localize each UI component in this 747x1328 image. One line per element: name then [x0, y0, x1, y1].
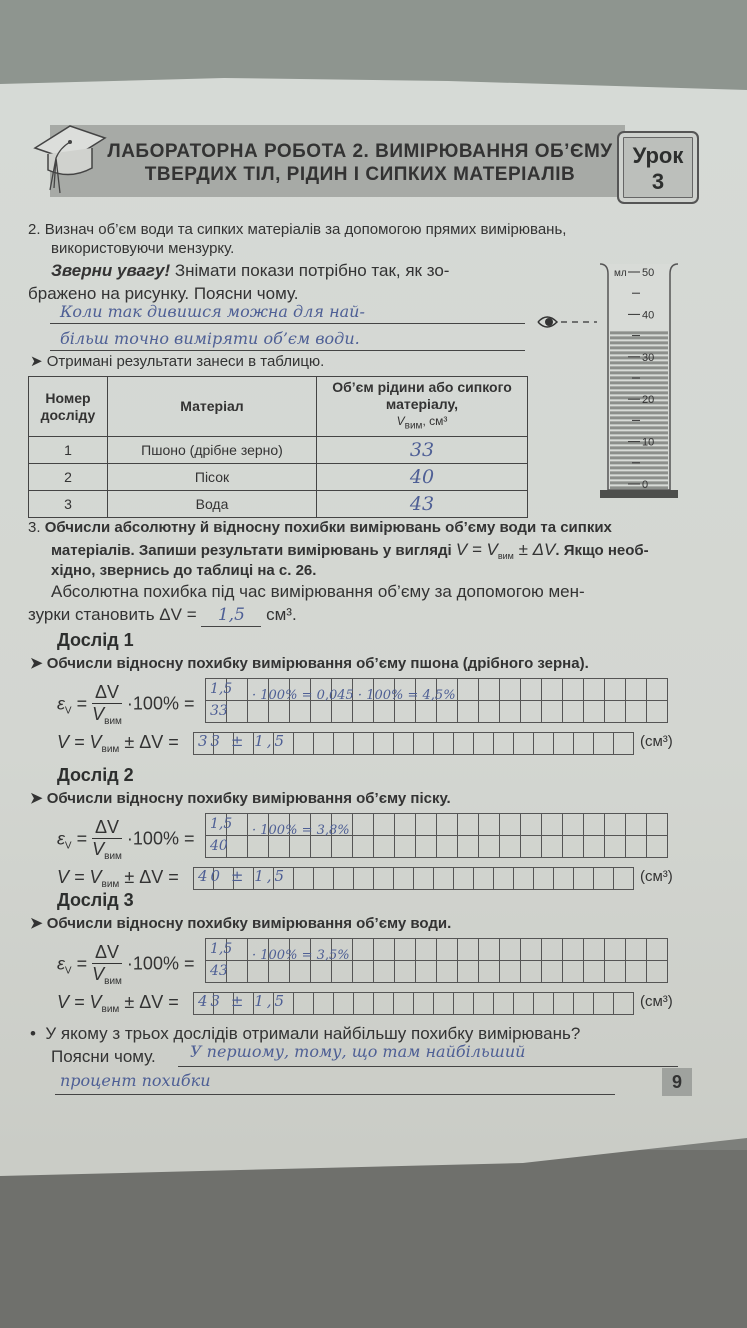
grid-cell	[574, 868, 594, 890]
grid-cell	[269, 961, 290, 983]
task-2-text: 2. Визнач об’єм води та сипких матеріалі…	[28, 220, 708, 240]
handwritten-numerator: 1,5	[210, 678, 232, 700]
epsilon-symbol: ε	[57, 828, 65, 848]
grid-cell	[458, 814, 479, 836]
abs-error-line-2: зурки становить ΔV = 1,5 см³.	[28, 604, 297, 627]
lesson-badge: Урок 3	[617, 131, 699, 204]
grid-cell	[563, 836, 584, 858]
cell-volume[interactable]: 33	[317, 437, 528, 464]
grid-cell	[374, 733, 394, 755]
grid-cell	[458, 939, 479, 961]
grid-cell	[311, 701, 332, 723]
grid-cell	[647, 701, 668, 723]
final-question-explain: Поясни чому.	[51, 1046, 156, 1068]
experiment-title: Дослід 2	[57, 765, 134, 786]
attention-note: Зверни увагу! Знімати покази потрібно та…	[51, 260, 551, 282]
grid-cell	[605, 814, 626, 836]
task-3-text-1: Обчисли абсолютну й відносну похибки вим…	[45, 519, 612, 536]
result-formula: V = Vвим ± ΔV =	[57, 992, 179, 1015]
grid-cell	[353, 939, 374, 961]
grid-cell	[354, 868, 374, 890]
grid-cell	[534, 993, 554, 1015]
equals: =	[72, 953, 93, 973]
handwritten-fraction[interactable]: 1,5 43	[210, 938, 232, 982]
lesson-label: Урок	[619, 143, 697, 169]
grid-cell	[554, 868, 574, 890]
experiment-title: Дослід 1	[57, 630, 134, 651]
grid-cell	[454, 993, 474, 1015]
experiment-instruction-text: Обчисли відносну похибку вимірювання об’…	[47, 790, 451, 807]
table-instruction: ➤ Отримані результати занеси в таблицю.	[30, 352, 324, 372]
grid-cell	[500, 701, 521, 723]
fraction: ΔVVвим	[92, 682, 122, 727]
grid-cell	[414, 733, 434, 755]
grid-cell	[437, 939, 458, 961]
grid-cell	[542, 701, 563, 723]
epsilon-sub: V	[65, 965, 72, 976]
header-volume-sub: вим	[405, 420, 423, 431]
grid-cell	[474, 868, 494, 890]
v-lhs: V = V	[57, 732, 102, 752]
task-number: 2.	[28, 221, 41, 238]
grid-cell	[290, 961, 311, 983]
relative-error-formula: εV = ΔVVвим ·100% =	[57, 942, 194, 987]
svg-text:0: 0	[642, 479, 648, 491]
grid-cell	[647, 939, 668, 961]
grid-cell	[514, 868, 534, 890]
pm-delta-v: ± ΔV =	[119, 992, 178, 1012]
grid-cell	[353, 814, 374, 836]
grid-cell	[414, 868, 434, 890]
eye-icon	[535, 310, 600, 335]
fraction-denominator: V	[92, 964, 104, 984]
v-lhs: V = V	[57, 867, 102, 887]
grid-cell	[294, 733, 314, 755]
grid-cell	[434, 993, 454, 1015]
grid-cell	[434, 733, 454, 755]
fraction-denominator: V	[92, 839, 104, 859]
epsilon-sub: V	[65, 705, 72, 716]
grid-cell	[332, 836, 353, 858]
header-volume: Об’єм рідини або сипкого матеріалу, Vвим…	[317, 377, 528, 437]
grid-cell	[290, 701, 311, 723]
task-3-text-2b: . Якщо необ-	[555, 542, 648, 559]
grid-cell	[294, 868, 314, 890]
grid-cell	[416, 814, 437, 836]
grid-cell	[494, 868, 514, 890]
grid-cell	[605, 679, 626, 701]
arrow-bullet-icon: ➤	[30, 915, 47, 932]
grid-cell	[395, 939, 416, 961]
grid-cell	[521, 701, 542, 723]
handwritten-numerator: 1,5	[210, 938, 232, 960]
grid-cell	[584, 701, 605, 723]
pm-delta-v: ± ΔV =	[119, 867, 178, 887]
grid-cell	[584, 939, 605, 961]
lab-work-title: ЛАБОРАТОРНА РОБОТА 2. ВИМІРЮВАННЯ ОБ’ЄМУ…	[100, 140, 620, 186]
times-100: ·100% =	[127, 693, 195, 713]
attention-label: Зверни увагу!	[51, 261, 170, 280]
grid-cell	[290, 836, 311, 858]
grid-cell	[647, 679, 668, 701]
grid-cell	[542, 679, 563, 701]
grid-cell	[554, 733, 574, 755]
final-question-text: У якому з трьох дослідів отримали найбіл…	[45, 1024, 580, 1043]
grid-cell	[294, 993, 314, 1015]
grid-cell	[437, 814, 458, 836]
grid-cell	[334, 868, 354, 890]
epsilon-symbol: ε	[57, 953, 65, 973]
fraction: ΔVVвим	[92, 942, 122, 987]
grid-cell	[374, 939, 395, 961]
grid-cell	[437, 836, 458, 858]
task-3-text-2a: матеріалів. Запиши результати вимірювань…	[51, 542, 456, 559]
final-handwritten-answer-2[interactable]: процент похибки	[60, 1071, 211, 1090]
grid-cell	[314, 733, 334, 755]
grid-cell	[500, 814, 521, 836]
svg-text:20: 20	[642, 394, 654, 406]
grid-cell	[311, 836, 332, 858]
grid-cell	[479, 814, 500, 836]
fraction-denominator-sub: вим	[104, 976, 122, 987]
abs-error-value[interactable]: 1,5	[201, 604, 261, 627]
v-sub: вим	[102, 744, 120, 755]
grid-cell	[416, 961, 437, 983]
formula-sub: вим	[498, 551, 514, 561]
header-material: Матеріал	[108, 377, 317, 437]
grid-cell	[626, 961, 647, 983]
grid-cell	[542, 939, 563, 961]
grid-cell	[500, 836, 521, 858]
handwritten-answer-1[interactable]: Коли так дивишся можна для най-	[60, 302, 365, 321]
handwritten-denominator: 43	[210, 960, 232, 982]
grid-cell	[521, 836, 542, 858]
equals: =	[72, 693, 93, 713]
grid-cell	[534, 868, 554, 890]
experiment-instruction-text: Обчисли відносну похибку вимірювання об’…	[47, 655, 589, 672]
abs-error-label: зурки становить ΔV =	[28, 605, 201, 624]
v-sub: вим	[102, 879, 120, 890]
grid-cell	[394, 733, 414, 755]
grid-cell	[514, 993, 534, 1015]
grid-cell	[353, 961, 374, 983]
grid-cell	[584, 814, 605, 836]
results-table: Номер досліду Матеріал Об’єм рідини або …	[28, 376, 528, 518]
grid-cell	[454, 868, 474, 890]
handwritten-denominator: 40	[210, 835, 232, 857]
grid-cell	[479, 961, 500, 983]
grid-cell	[521, 679, 542, 701]
grid-cell	[311, 961, 332, 983]
unit-label: (см³)	[640, 867, 673, 887]
handwritten-answer-2[interactable]: більш точно виміряти об’єм води.	[60, 329, 360, 348]
cell-material: Пшоно (дрібне зерно)	[108, 437, 317, 464]
epsilon-symbol: ε	[57, 693, 65, 713]
table-row: 2 Пісок 40	[29, 464, 528, 491]
experiment-instruction: ➤ Обчисли відносну похибку вимірювання о…	[30, 789, 451, 809]
grid-cell	[314, 993, 334, 1015]
arrow-bullet-icon: ➤	[30, 353, 47, 370]
grid-cell	[574, 993, 594, 1015]
graduation-cap-icon	[30, 118, 110, 208]
result-formula: V = Vвим ± ΔV =	[57, 867, 179, 890]
grid-cell	[374, 701, 395, 723]
times-100: ·100% =	[127, 828, 195, 848]
grid-cell	[374, 868, 394, 890]
table-row: 1 Пшоно (дрібне зерно) 33	[29, 437, 528, 464]
grid-cell	[647, 814, 668, 836]
bullet-icon: •	[30, 1024, 36, 1043]
arrow-bullet-icon: ➤	[30, 790, 47, 807]
experiment-instruction-text: Обчисли відносну похибку вимірювання об’…	[47, 915, 452, 932]
fraction-denominator-sub: вим	[104, 716, 122, 727]
cell-material: Пісок	[108, 464, 317, 491]
grid-cell	[584, 679, 605, 701]
grid-cell	[248, 836, 269, 858]
fraction-denominator: V	[92, 704, 104, 724]
grid-cell	[374, 836, 395, 858]
cell-volume[interactable]: 40	[317, 464, 528, 491]
task-3-line-3: хідно, звернись до таблиці на с. 26.	[51, 561, 316, 581]
relative-error-formula: εV = ΔVVвим ·100% =	[57, 817, 194, 862]
grid-cell	[395, 701, 416, 723]
svg-text:40: 40	[642, 309, 654, 321]
handwritten-fraction[interactable]: 1,5 40	[210, 813, 232, 857]
fraction: ΔVVвим	[92, 817, 122, 862]
handwritten-calculation[interactable]: · 100% = 0,045 · 100% = 4,5%	[252, 688, 456, 703]
grid-cell	[248, 701, 269, 723]
graduated-cylinder: 50403020100мл	[594, 252, 684, 512]
v-sub: вим	[102, 1004, 120, 1015]
grid-cell	[647, 961, 668, 983]
grid-cell	[353, 701, 374, 723]
experiment-title: Дослід 3	[57, 890, 134, 911]
abs-error-unit: см³.	[261, 605, 296, 624]
grid-cell	[594, 868, 614, 890]
grid-cell	[542, 814, 563, 836]
grid-cell	[437, 701, 458, 723]
grid-cell	[354, 733, 374, 755]
task-number: 3.	[28, 519, 41, 536]
grid-cell	[626, 939, 647, 961]
background-fabric-bottom	[0, 1150, 747, 1328]
handwritten-result[interactable]: 40 ± 1,5	[198, 867, 287, 885]
experiment-instruction: ➤ Обчисли відносну похибку вимірювання о…	[30, 654, 589, 674]
grid-cell	[458, 961, 479, 983]
grid-cell	[563, 961, 584, 983]
header-volume-text: Об’єм рідини або сипкого матеріалу,	[321, 379, 523, 413]
grid-cell	[534, 733, 554, 755]
relative-error-formula: εV = ΔVVвим ·100% =	[57, 682, 194, 727]
times-100: ·100% =	[127, 953, 195, 973]
grid-cell	[626, 814, 647, 836]
grid-cell	[479, 836, 500, 858]
grid-cell	[394, 993, 414, 1015]
pm-delta-v: ± ΔV =	[119, 732, 178, 752]
task-2-line-1: Визнач об’єм води та сипких матеріалів з…	[45, 221, 567, 238]
final-answer-underline-1	[178, 1066, 678, 1067]
handwritten-calculation[interactable]: · 100% = 3,8%	[252, 823, 350, 838]
grid-cell	[542, 961, 563, 983]
grid-cell	[594, 993, 614, 1015]
grid-cell	[563, 701, 584, 723]
v-lhs: V = V	[57, 992, 102, 1012]
grid-cell	[554, 993, 574, 1015]
grid-cell	[434, 868, 454, 890]
grid-cell	[458, 701, 479, 723]
grid-cell	[626, 836, 647, 858]
grid-cell	[269, 701, 290, 723]
svg-text:30: 30	[642, 352, 654, 364]
cell-number: 1	[29, 437, 108, 464]
result-formula: V = Vвим ± ΔV =	[57, 732, 179, 755]
grid-cell	[521, 961, 542, 983]
grid-cell	[614, 993, 634, 1015]
equals: =	[72, 828, 93, 848]
grid-cell	[605, 939, 626, 961]
grid-cell	[605, 961, 626, 983]
grid-cell	[474, 993, 494, 1015]
grid-cell	[269, 836, 290, 858]
grid-cell	[500, 679, 521, 701]
grid-cell	[334, 993, 354, 1015]
title-line-2: ТВЕРДИХ ТІЛ, РІДИН І СИПКИХ МАТЕРІАЛІВ	[100, 163, 620, 186]
grid-cell	[500, 961, 521, 983]
grid-cell	[574, 733, 594, 755]
grid-cell	[626, 679, 647, 701]
title-line-1: ЛАБОРАТОРНА РОБОТА 2. ВИМІРЮВАННЯ ОБ’ЄМУ	[100, 140, 620, 163]
grid-cell	[521, 939, 542, 961]
header-volume-unit: , см³	[422, 414, 447, 428]
grid-cell	[494, 993, 514, 1015]
final-handwritten-answer-1[interactable]: У першому, тому, що там найбільший	[190, 1042, 525, 1061]
grid-cell	[374, 993, 394, 1015]
grid-cell	[479, 679, 500, 701]
grid-cell	[563, 814, 584, 836]
table-row: 3 Вода 43	[29, 491, 528, 518]
lesson-number: 3	[619, 169, 697, 195]
grid-cell	[416, 701, 437, 723]
header-volume-symbol: V	[397, 414, 405, 428]
cell-material: Вода	[108, 491, 317, 518]
svg-text:мл: мл	[614, 268, 627, 279]
handwritten-calculation[interactable]: · 100% = 3,5%	[252, 948, 350, 963]
formula-v: V = V	[456, 540, 498, 559]
grid-cell	[437, 961, 458, 983]
grid-cell	[416, 939, 437, 961]
grid-cell	[458, 836, 479, 858]
table-instruction-text: Отримані результати занеси в таблицю.	[47, 353, 325, 370]
grid-cell	[605, 701, 626, 723]
answer-underline-2	[50, 350, 525, 351]
grid-cell	[563, 679, 584, 701]
grid-cell	[584, 836, 605, 858]
fraction-numerator: ΔV	[92, 942, 122, 964]
grid-cell	[594, 733, 614, 755]
grid-cell	[416, 836, 437, 858]
cell-number: 2	[29, 464, 108, 491]
cell-volume[interactable]: 43	[317, 491, 528, 518]
epsilon-sub: V	[65, 840, 72, 851]
page-number: 9	[662, 1068, 692, 1096]
grid-cell	[458, 679, 479, 701]
grid-cell	[614, 868, 634, 890]
grid-cell	[394, 868, 414, 890]
grid-cell	[353, 836, 374, 858]
grid-cell	[314, 868, 334, 890]
grid-cell	[605, 836, 626, 858]
handwritten-fraction[interactable]: 1,5 33	[210, 678, 232, 722]
grid-cell	[479, 701, 500, 723]
grid-cell	[395, 814, 416, 836]
abs-error-line-1: Абсолютна похибка під час вимірювання об…	[51, 581, 585, 603]
fraction-numerator: ΔV	[92, 817, 122, 839]
grid-cell	[542, 836, 563, 858]
grid-cell	[395, 961, 416, 983]
grid-cell	[479, 939, 500, 961]
handwritten-result[interactable]: 43 ± 1,5	[198, 992, 287, 1010]
grid-cell	[521, 814, 542, 836]
unit-label: (см³)	[640, 992, 673, 1012]
grid-cell	[626, 701, 647, 723]
grid-cell	[500, 939, 521, 961]
grid-cell	[374, 814, 395, 836]
fraction-denominator-sub: вим	[104, 851, 122, 862]
grid-cell	[332, 701, 353, 723]
grid-cell	[494, 733, 514, 755]
grid-cell	[395, 836, 416, 858]
answer-underline-1	[50, 323, 525, 324]
svg-text:10: 10	[642, 437, 654, 449]
fraction-numerator: ΔV	[92, 682, 122, 704]
grid-cell	[248, 961, 269, 983]
grid-cell	[614, 733, 634, 755]
grid-cell	[414, 993, 434, 1015]
header-experiment-number: Номер досліду	[29, 377, 108, 437]
grid-cell	[334, 733, 354, 755]
unit-label: (см³)	[640, 732, 673, 752]
grid-cell	[354, 993, 374, 1015]
grid-cell	[563, 939, 584, 961]
grid-cell	[332, 961, 353, 983]
handwritten-result[interactable]: 33 ± 1,5	[198, 732, 287, 750]
grid-cell	[584, 961, 605, 983]
svg-text:50: 50	[642, 267, 654, 279]
formula-end: ± ΔV	[514, 540, 556, 559]
handwritten-numerator: 1,5	[210, 813, 232, 835]
handwritten-denominator: 33	[210, 700, 232, 722]
task-3-line-1: 3. Обчисли абсолютну й відносну похибки …	[28, 518, 612, 538]
grid-cell	[474, 733, 494, 755]
arrow-bullet-icon: ➤	[30, 655, 47, 672]
grid-cell	[374, 961, 395, 983]
grid-cell	[454, 733, 474, 755]
task-2-line-2: використовуючи мензурку.	[51, 239, 234, 259]
cell-number: 3	[29, 491, 108, 518]
grid-cell	[647, 836, 668, 858]
experiment-instruction: ➤ Обчисли відносну похибку вимірювання о…	[30, 914, 451, 934]
grid-cell	[514, 733, 534, 755]
attention-text-1: Знімати покази потрібно так, як зо-	[170, 261, 449, 280]
final-answer-underline-2	[55, 1094, 615, 1095]
